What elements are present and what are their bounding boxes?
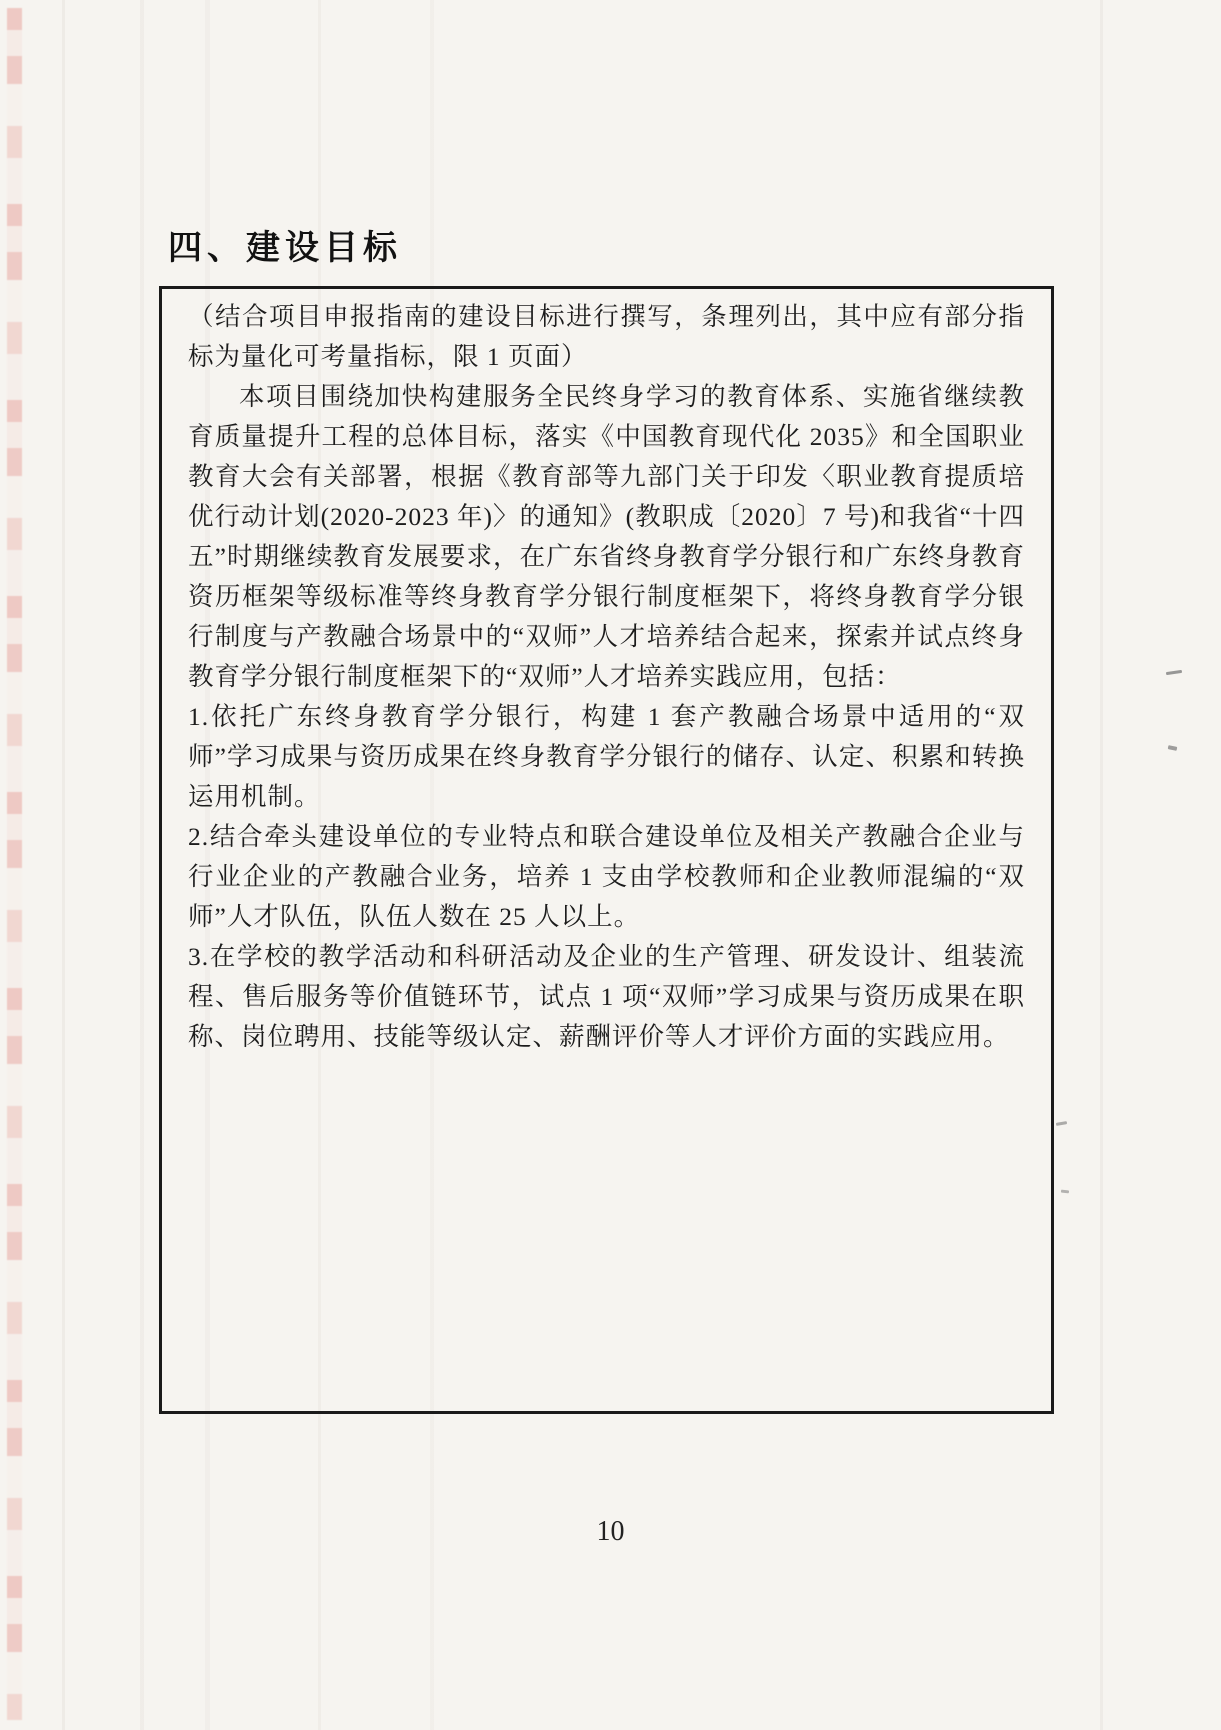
guideline-note: （结合项目申报指南的建设目标进行撰写，条理列出，其中应有部分指标为量化可考量指标… xyxy=(188,297,1025,377)
construction-goals-box: （结合项目申报指南的建设目标进行撰写，条理列出，其中应有部分指标为量化可考量指标… xyxy=(159,286,1054,1414)
left-edge-scan-artifact xyxy=(7,8,22,1720)
scanned-document-page: 四、建设目标 （结合项目申报指南的建设目标进行撰写，条理列出，其中应有部分指标为… xyxy=(0,0,1221,1730)
goal-item-2: 2.结合牵头建设单位的专业特点和联合建设单位及相关产教融合企业与行业企业的产教融… xyxy=(188,817,1025,937)
project-overview-paragraph: 本项目围绕加快构建服务全民终身学习的教育体系、实施省继续教育质量提升工程的总体目… xyxy=(188,377,1025,697)
scan-speck xyxy=(1168,745,1178,751)
goal-item-1: 1.依托广东终身教育学分银行，构建 1 套产教融合场景中适用的“双师”学习成果与… xyxy=(188,697,1025,817)
goal-item-3: 3.在学校的教学活动和科研活动及企业的生产管理、研发设计、组装流程、售后服务等价… xyxy=(188,937,1025,1057)
scan-speck xyxy=(1056,1121,1067,1126)
scan-speck xyxy=(1061,1190,1069,1194)
section-title: 四、建设目标 xyxy=(168,220,402,269)
page-number: 10 xyxy=(0,1516,1221,1548)
scan-speck xyxy=(1166,670,1182,675)
